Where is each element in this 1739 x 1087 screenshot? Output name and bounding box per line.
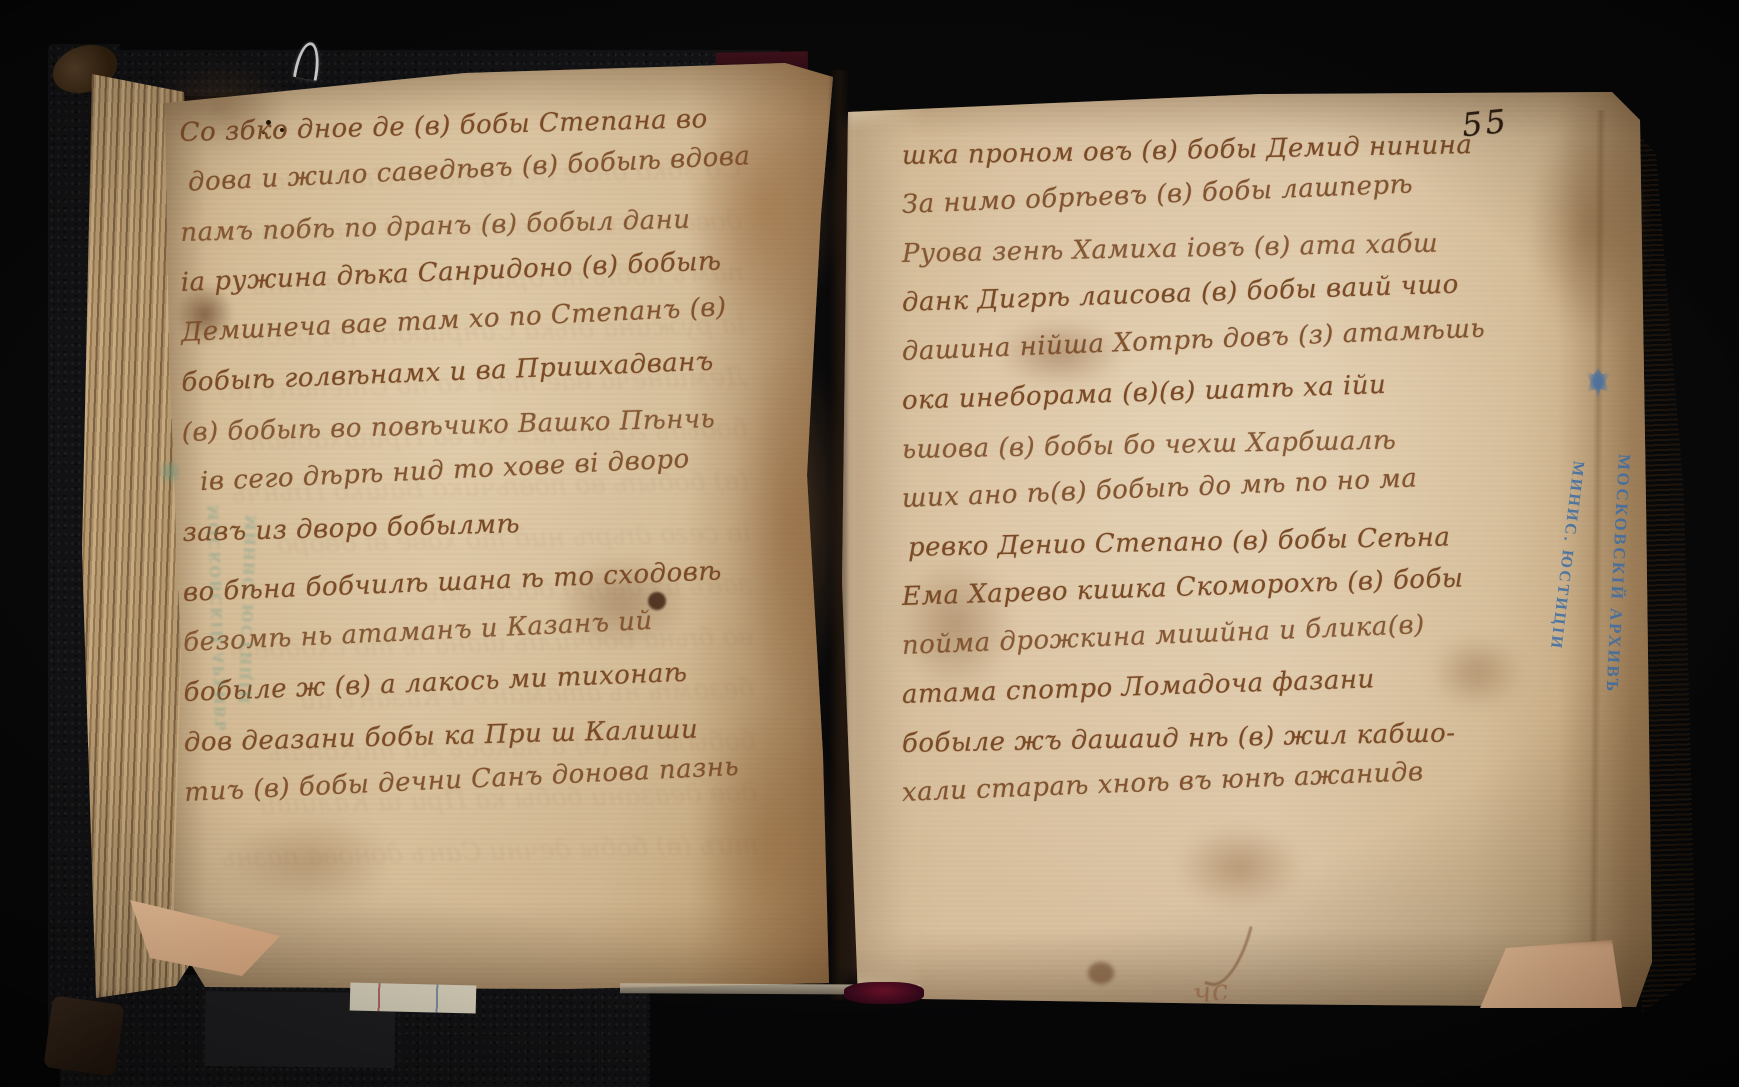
gutter-crease-shadow [828, 70, 848, 1000]
folio-number: 55 [1460, 102, 1510, 145]
photograph-background: Со збко дное де (в) бобы Степана водова … [0, 0, 1739, 1087]
right-page-text: шка проном овъ (в) бобы Демид нининаЗа н… [902, 132, 1486, 818]
leather-corner-bottom [43, 995, 124, 1076]
ruled-paper-strip [350, 982, 477, 1013]
left-page-text: Со збко дное де (в) бобы Степана водова … [180, 104, 756, 818]
spine-bottom-sliver [844, 982, 924, 1004]
bleedthrough-stamp-emblem-icon [160, 458, 180, 486]
